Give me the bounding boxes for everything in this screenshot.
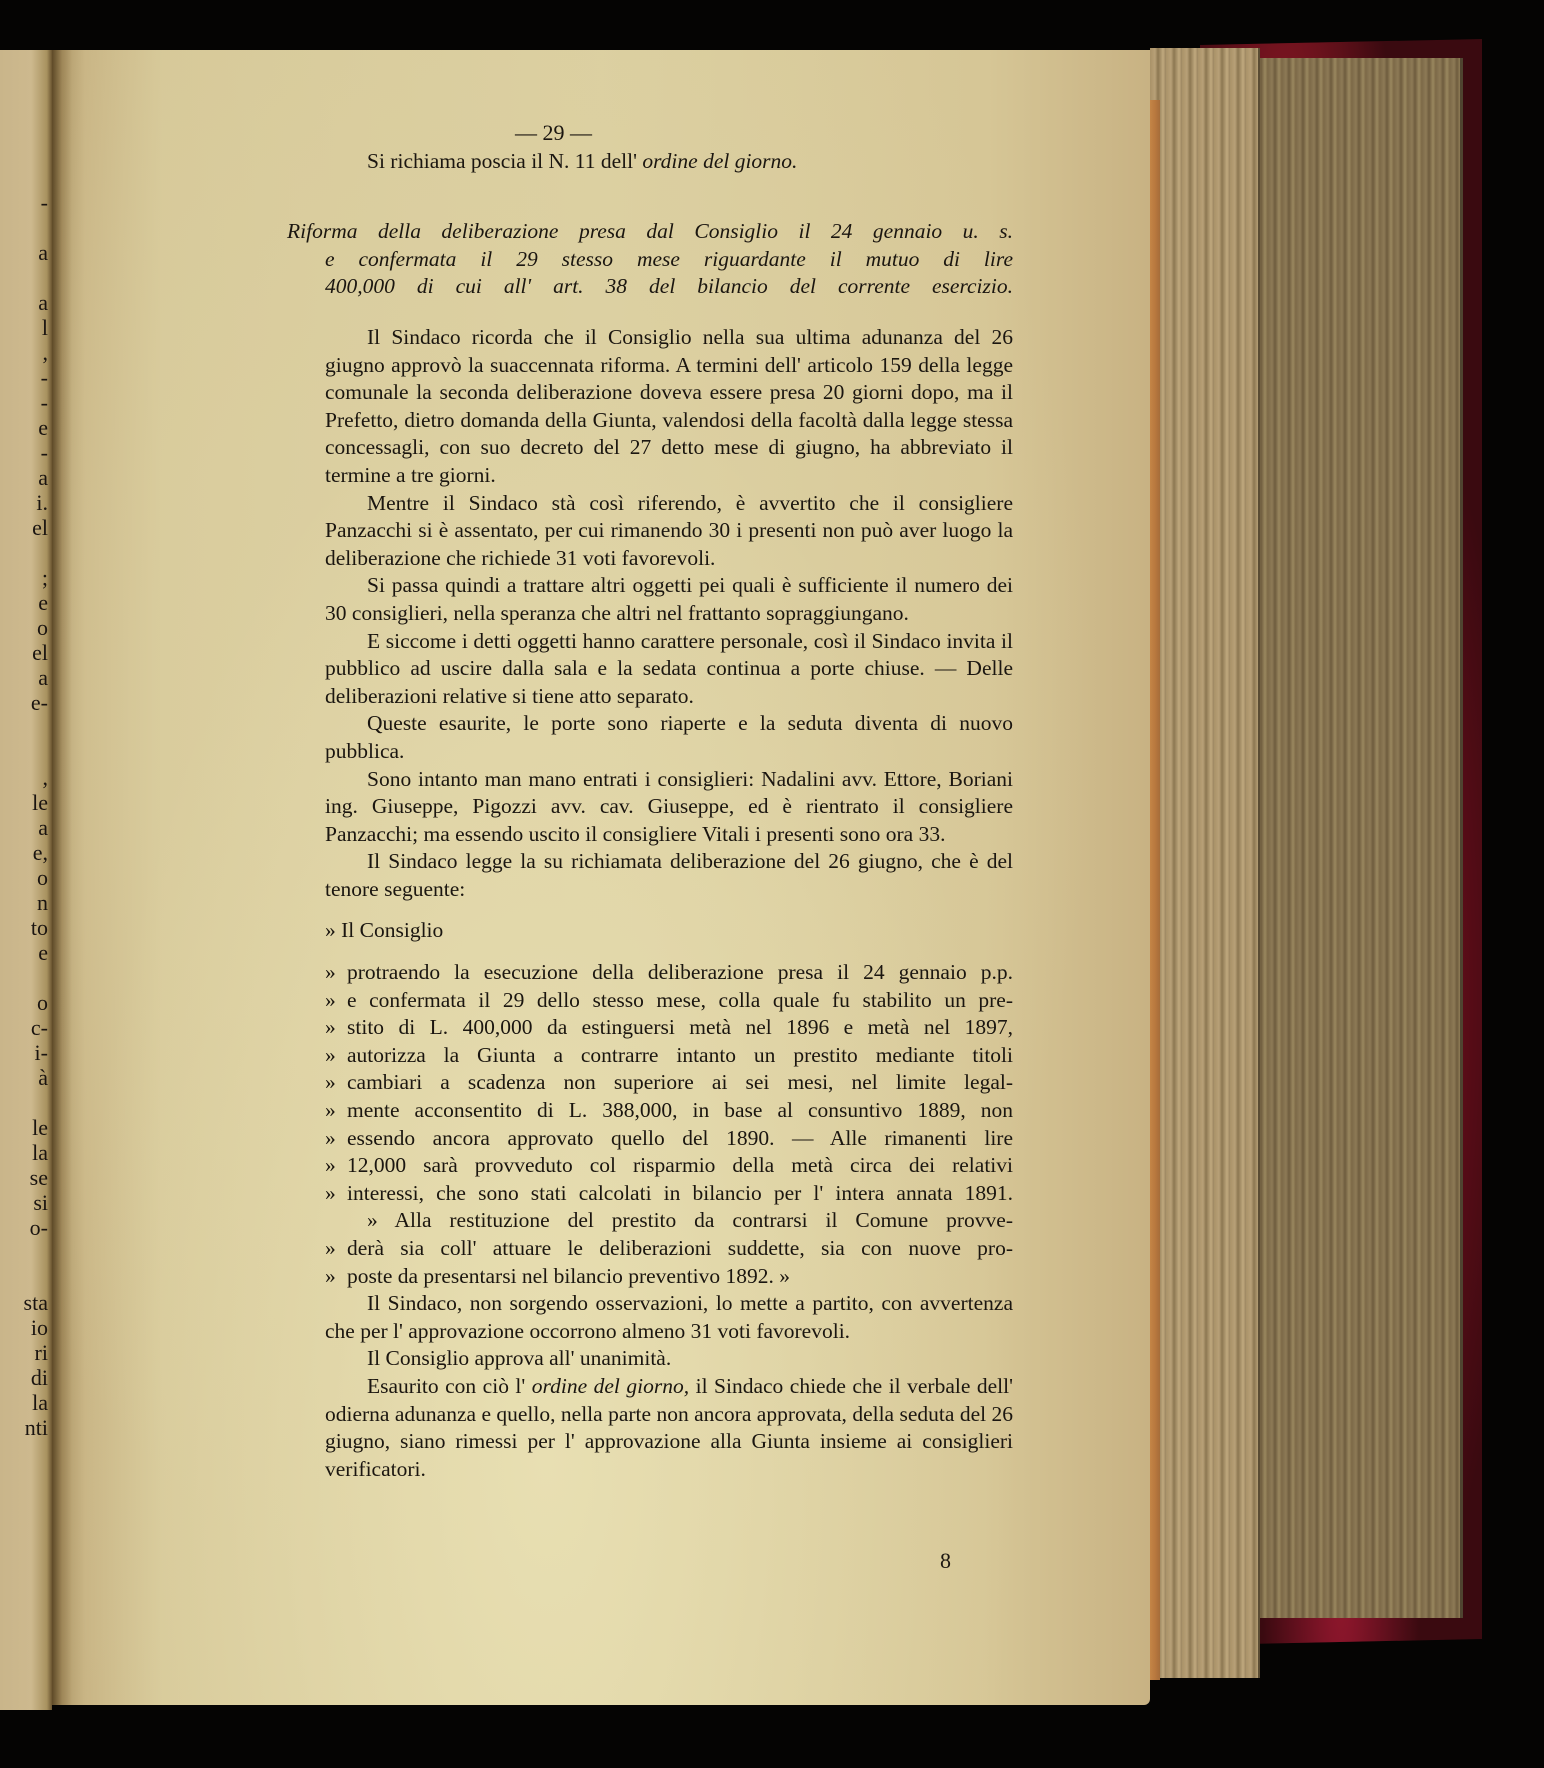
left-margin-fragment: si (0, 1190, 48, 1215)
page-number: — 29 — (515, 120, 592, 146)
left-margin-fragment (0, 265, 48, 290)
quote-mark: » (325, 987, 347, 1015)
left-margin-fragment: l (0, 315, 48, 340)
left-margin-fragment: o (0, 615, 48, 640)
left-margin-fragment: , (0, 340, 48, 365)
left-margin-fragment: - (0, 390, 48, 415)
quote-mark: » (325, 1180, 347, 1208)
left-margin-fragment: a (0, 240, 48, 265)
left-margin-fragment (0, 740, 48, 765)
signature-number: 8 (940, 1548, 951, 1574)
left-margin-fragment: ; (0, 565, 48, 590)
left-margin-fragment: se (0, 1165, 48, 1190)
quote-line: »cambiari a scadenza non superiore ai se… (325, 1069, 1013, 1097)
quote-line: »derà sia coll' attuare le deliberazioni… (325, 1235, 1013, 1263)
paragraph: Il Sindaco ricorda che il Consiglio nell… (325, 324, 1013, 490)
paragraph: Si passa quindi a trattare altri oggetti… (325, 572, 1013, 627)
left-margin-fragment: el (0, 640, 48, 665)
left-margin-fragment (0, 540, 48, 565)
section-heading: Riforma della deliberazione presa dal Co… (325, 218, 1013, 301)
left-margin-fragment (0, 1090, 48, 1115)
left-margin-fragment: n (0, 890, 48, 915)
left-margin-fragment: i- (0, 1040, 48, 1065)
quote-line: »autorizza la Giunta a contrarre intanto… (325, 1042, 1013, 1070)
quote-line: »12,000 sarà provveduto col risparmio de… (325, 1152, 1013, 1180)
quote-line: »mente acconsentito di L. 388,000, in ba… (325, 1097, 1013, 1125)
left-margin-fragment: e (0, 590, 48, 615)
intro-text: Si richiama poscia il N. 11 dell' (367, 149, 637, 173)
left-margin-fragment: c- (0, 1015, 48, 1040)
quote-mark: » (325, 1097, 347, 1125)
page-stack-back (1240, 58, 1463, 1618)
quote-mark: » (325, 959, 347, 987)
left-margin-fragment: i. (0, 490, 48, 515)
intro-line: Si richiama poscia il N. 11 dell' ordine… (325, 148, 1013, 176)
left-margin-fragment: di (0, 1365, 48, 1390)
paragraph: Il Sindaco, non sorgendo osservazioni, l… (325, 1290, 1013, 1345)
intro-italic: ordine del giorno. (642, 149, 797, 173)
paragraph: Il Consiglio approva all' unanimità. (325, 1345, 1013, 1373)
quote-line: »poste da presentarsi nel bilancio preve… (325, 1263, 1013, 1291)
left-margin-fragment: io (0, 1315, 48, 1340)
quote-text: poste da presentarsi nel bilancio preven… (347, 1263, 1013, 1291)
left-margin-fragment: o- (0, 1215, 48, 1240)
left-margin-fragment: e (0, 940, 48, 965)
left-margin-fragment: o (0, 990, 48, 1015)
quote-text: 12,000 sarà provveduto col risparmio del… (347, 1152, 1013, 1180)
left-margin-fragment: ri (0, 1340, 48, 1365)
quote-line: »e confermata il 29 dello stesso mese, c… (325, 987, 1013, 1015)
left-margin-fragment: - (0, 190, 48, 215)
quote-line: »stito di L. 400,000 da estinguersi metà… (325, 1014, 1013, 1042)
left-margin-fragment: nti (0, 1415, 48, 1440)
heading-line: 400,000 di cui all' art. 38 del bilancio… (325, 273, 1013, 301)
quote-mark: » (325, 1069, 347, 1097)
quote-mark: » (325, 1125, 347, 1153)
left-margin-fragment: o (0, 865, 48, 890)
quote-line: » Alla restituzione del prestito da cont… (325, 1207, 1013, 1235)
quote-text: interessi, che sono stati calcolati in b… (347, 1180, 1013, 1208)
quote-text: stito di L. 400,000 da estinguersi metà … (347, 1014, 1013, 1042)
left-page-text-fragments: -aal,--e-ai.el;eoelae-,leae,ontoeoc-i-àl… (0, 190, 48, 1440)
left-margin-fragment: e (0, 415, 48, 440)
left-margin-fragment (0, 1240, 48, 1265)
quote-mark: » (325, 1014, 347, 1042)
quote-text: e confermata il 29 dello stesso mese, co… (347, 987, 1013, 1015)
main-paragraphs: Il Sindaco ricorda che il Consiglio nell… (325, 324, 1013, 1483)
left-margin-fragment: la (0, 1390, 48, 1415)
left-margin-fragment: to (0, 915, 48, 940)
book-gutter (52, 50, 72, 1705)
quote-mark: » (325, 1263, 347, 1291)
page-stack-front (1150, 48, 1260, 1678)
left-margin-fragment (0, 215, 48, 240)
left-margin-fragment: à (0, 1065, 48, 1090)
left-margin-fragment: - (0, 365, 48, 390)
quote-title: » Il Consiglio (325, 917, 1013, 945)
quote-mark: » (325, 1235, 347, 1263)
quote-text: essendo ancora approvato quello del 1890… (347, 1125, 1013, 1153)
left-margin-fragment: sta (0, 1290, 48, 1315)
left-margin-fragment: la (0, 1140, 48, 1165)
left-margin-fragment: el (0, 515, 48, 540)
left-margin-fragment: , (0, 765, 48, 790)
quote-line: »protraendo la esecuzione della delibera… (325, 959, 1013, 987)
left-margin-fragment (0, 715, 48, 740)
quote-text: » Alla restituzione del prestito da cont… (367, 1207, 1013, 1235)
left-margin-fragment: a (0, 290, 48, 315)
left-page: -aal,--e-ai.el;eoelae-,leae,ontoeoc-i-àl… (0, 50, 52, 1710)
paragraph: Il Sindaco legge la su richiamata delibe… (325, 848, 1013, 903)
quote-text: protraendo la esecuzione della deliberaz… (347, 959, 1013, 987)
quote-line: »interessi, che sono stati calcolati in … (325, 1180, 1013, 1208)
quote-mark: » (325, 1042, 347, 1070)
left-margin-fragment: e- (0, 690, 48, 715)
paragraph: Mentre il Sindaco stà così riferendo, è … (325, 490, 1013, 573)
paragraph: Queste esaurite, le porte sono riaperte … (325, 710, 1013, 765)
quoted-deliberation: »protraendo la esecuzione della delibera… (325, 959, 1013, 1290)
left-margin-fragment (0, 965, 48, 990)
quote-text: cambiari a scadenza non superiore ai sei… (347, 1069, 1013, 1097)
quote-mark: » (325, 1152, 347, 1180)
left-margin-fragment: - (0, 440, 48, 465)
final-paragraph: Esaurito con ciò l' ordine del giorno, i… (325, 1373, 1013, 1483)
left-margin-fragment: a (0, 815, 48, 840)
left-margin-fragment: le (0, 790, 48, 815)
final-text-italic: ordine del giorno, (532, 1374, 689, 1398)
quote-text: autorizza la Giunta a contrarre intanto … (347, 1042, 1013, 1070)
paragraph: E siccome i detti oggetti hanno caratter… (325, 628, 1013, 711)
left-margin-fragment: a (0, 465, 48, 490)
quote-text: mente acconsentito di L. 388,000, in bas… (347, 1097, 1013, 1125)
left-margin-fragment: a (0, 665, 48, 690)
paragraph: Sono intanto man mano entrati i consigli… (325, 766, 1013, 849)
heading-line: e confermata il 29 stesso mese riguardan… (325, 246, 1013, 274)
heading-line: Riforma della deliberazione presa dal Co… (287, 218, 1013, 246)
left-margin-fragment (0, 1265, 48, 1290)
left-margin-fragment: le (0, 1115, 48, 1140)
quote-line: »essendo ancora approvato quello del 189… (325, 1125, 1013, 1153)
final-text-prefix: Esaurito con ciò l' (367, 1374, 525, 1398)
quote-text: derà sia coll' attuare le deliberazioni … (347, 1235, 1013, 1263)
page-body: Si richiama poscia il N. 11 dell' ordine… (325, 148, 1013, 176)
left-margin-fragment: e, (0, 840, 48, 865)
